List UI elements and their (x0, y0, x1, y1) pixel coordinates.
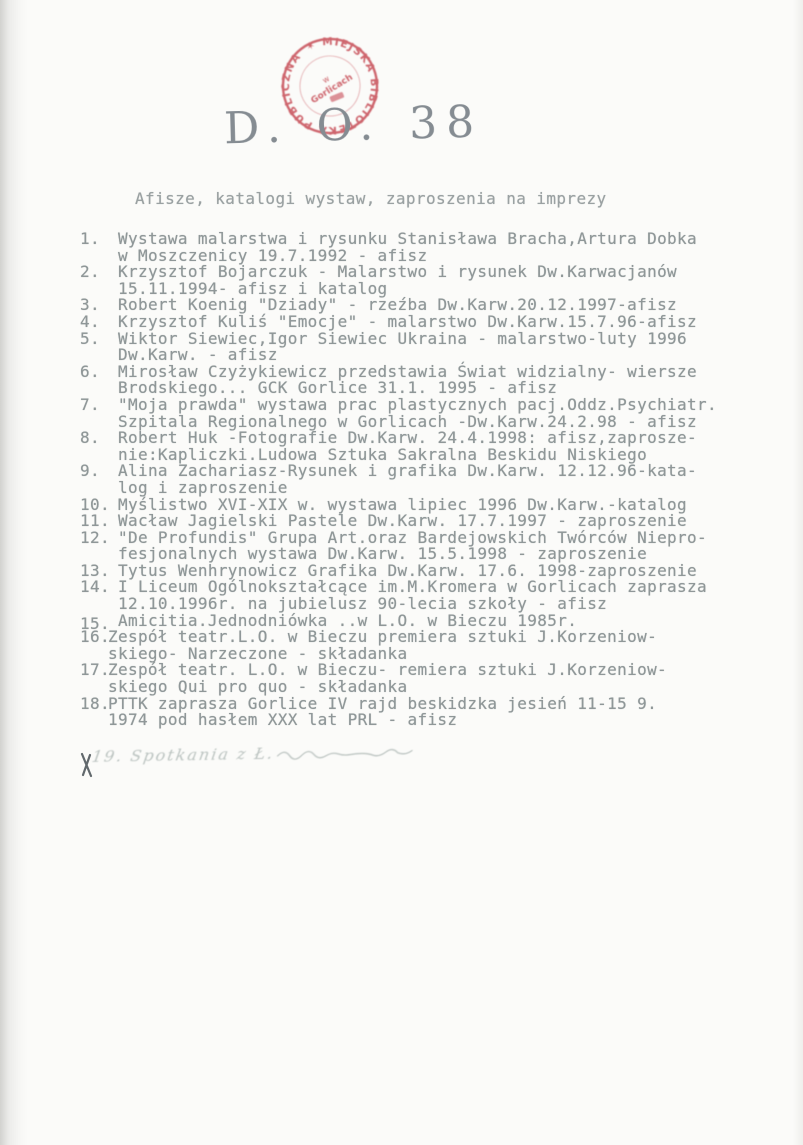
item-text: Zespół teatr. L.O. w Bieczu- remiera szt… (108, 662, 667, 695)
item-number: 5. (80, 331, 118, 348)
item-number: 7. (80, 397, 118, 414)
list-item: 5. Wiktor Siewiec,Igor Siewiec Ukraina -… (80, 331, 730, 364)
item-number: 18. (80, 696, 108, 713)
item-text: Alina Zachariasz-Rysunek i grafika Dw.Ka… (118, 463, 697, 496)
item-text: I Liceum Ogólnokształcące im.M.Kromera w… (118, 579, 707, 612)
item-number: 6. (80, 364, 118, 381)
list-item: 18. PTTK zaprasza Gorlice IV rajd beskid… (80, 696, 730, 729)
list-item: 7. "Moja prawda" wystawa prac plastyczny… (80, 397, 730, 430)
handwritten-note-text: 19. Spotkania z Ł. (91, 744, 276, 766)
pencil-x-mark-icon (78, 752, 96, 778)
item-text: "De Profundis" Grupa Art.oraz Bardejowsk… (118, 530, 707, 563)
item-number: 8. (80, 430, 118, 447)
scribble-icon (275, 744, 428, 763)
item-number: 1. (80, 231, 118, 248)
list-item: 16. Zespół teatr.L.O. w Bieczu premiera … (80, 629, 730, 662)
item-text: Mirosław Czyżykiewicz przedstawia Świat … (118, 364, 697, 397)
list-item: 8. Robert Huk -Fotografie Dw.Karw. 24.4.… (80, 430, 730, 463)
item-number: 2. (80, 264, 118, 281)
list-item: 17. Zespół teatr. L.O. w Bieczu- remiera… (80, 662, 730, 695)
item-number: 12. (80, 530, 118, 547)
list-item: 14. I Liceum Ogólnokształcące im.M.Krome… (80, 579, 730, 612)
item-number: 17. (80, 662, 108, 679)
item-text: Robert Huk -Fotografie Dw.Karw. 24.4.199… (118, 430, 697, 463)
item-text: Wystawa malarstwa i rysunku Stanisława B… (118, 231, 697, 264)
item-text: Wiktor Siewiec,Igor Siewiec Ukraina - ma… (118, 331, 687, 364)
classification-number: D. O. 38 (223, 97, 483, 155)
list-item: 1. Wystawa malarstwa i rysunku Stanisław… (80, 231, 730, 264)
item-text: "Moja prawda" wystawa prac plastycznych … (118, 397, 717, 430)
scanned-document-page: ✶ MIEJSKA BIBLIOTEKA PUBLICZNA w Gorlica… (0, 0, 803, 1145)
catalog-list: 1. Wystawa malarstwa i rysunku Stanisław… (80, 231, 730, 729)
list-item: 6. Mirosław Czyżykiewicz przedstawia Świ… (80, 364, 730, 397)
item-number: 15. (80, 616, 118, 633)
list-item: 12. "De Profundis" Grupa Art.oraz Bardej… (80, 530, 730, 563)
item-text: Krzysztof Bojarczuk - Malarstwo i rysune… (118, 264, 677, 297)
item-text: PTTK zaprasza Gorlice IV rajd beskidzka … (108, 696, 657, 729)
list-item: 2. Krzysztof Bojarczuk - Malarstwo i rys… (80, 264, 730, 297)
handwritten-note: 19. Spotkania z Ł. (91, 741, 454, 766)
document-title: Afisze, katalogi wystaw, zaproszenia na … (135, 189, 607, 208)
list-item: 9. Alina Zachariasz-Rysunek i grafika Dw… (80, 463, 730, 496)
item-number: 9. (80, 463, 118, 480)
item-text: Zespół teatr.L.O. w Bieczu premiera sztu… (108, 629, 657, 662)
item-number: 14. (80, 579, 118, 596)
stamp-center-top-text: w (321, 74, 332, 85)
